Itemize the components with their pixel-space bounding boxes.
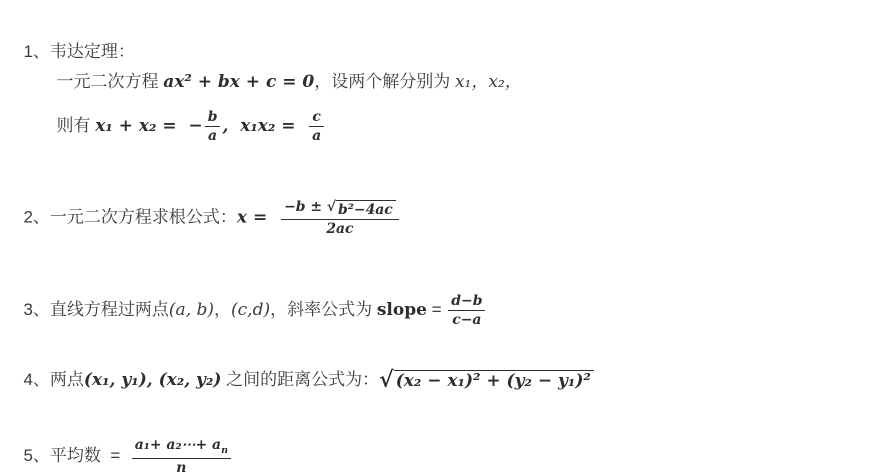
formula-2-number: 2、	[23, 208, 49, 227]
average-fraction: a₁+ a₂⋯+ ann	[132, 437, 231, 476]
radical-sign: √	[379, 370, 394, 391]
formula-5-line: 5、平均数 = a₁+ a₂⋯+ ann	[14, 416, 233, 476]
fraction-denominator: n	[176, 459, 186, 476]
formula-2-title: 一元二次方程求根公式：	[50, 208, 237, 227]
roots-symbols: x₁，x₂，	[455, 72, 522, 92]
average-equals: =	[110, 446, 129, 465]
fraction-numerator: c	[309, 109, 324, 127]
formula-5-title: 平均数	[50, 446, 110, 465]
formula-2-line: 2、一元二次方程求根公式：x = −b ± √b²−4ac2ac	[14, 178, 401, 237]
fraction-denominator: 2ac	[326, 220, 353, 237]
formula-3-number: 3、	[23, 300, 49, 319]
slope-fraction: d−bc−a	[448, 293, 485, 328]
subscript-n: n	[221, 445, 228, 456]
radical-sign: √	[327, 200, 336, 215]
formula-3-comma: ，	[214, 300, 231, 319]
slope-equals: =	[427, 300, 446, 319]
fraction-c-over-a: ca	[309, 109, 324, 144]
quadratic-root-fraction: −b ± √b²−4ac2ac	[281, 199, 399, 237]
sum-of-roots: x₁ + x₂ = −	[95, 116, 203, 136]
square-root: √b²−4ac	[327, 200, 396, 218]
formula-4-text-1: 两点	[50, 370, 84, 389]
fraction-b-over-a: ba	[205, 109, 221, 144]
numerator-terms: a₁+ a₂⋯+ a	[135, 437, 221, 453]
fraction-denominator: c−a	[452, 311, 481, 328]
numerator-prefix: −b ±	[284, 199, 327, 215]
fraction-numerator: −b ± √b²−4ac	[281, 199, 399, 220]
two-points: (x₁, y₁), (x₂, y₂)	[84, 370, 222, 390]
discriminant: b²−4ac	[336, 200, 396, 218]
point-ab: (a, b)	[169, 300, 214, 320]
fraction-numerator: a₁+ a₂⋯+ an	[132, 437, 231, 459]
product-of-roots: x₁x₂ =	[240, 116, 307, 136]
formula-1-number: 1、	[23, 42, 49, 61]
formula-1-equation-line: 一元二次方程 ax² + bx + c = 0，设两个解分别为 x₁，x₂，	[47, 50, 522, 94]
document-page: { "page": { "background": "#ffffff", "te…	[0, 0, 880, 476]
point-cd: (c,d)	[231, 300, 270, 320]
distance-radicand: (x₂ − x₁)² + (y₂ − y₁)²	[394, 370, 594, 392]
formula-4-number: 4、	[23, 370, 49, 389]
slope-word: slope	[377, 300, 427, 320]
formula-3-text-1: 直线方程过两点	[50, 300, 169, 319]
formula-5-number: 5、	[23, 446, 49, 465]
formula-1-eq-mid-text: ，设两个解分别为	[314, 72, 455, 91]
fraction-denominator: a	[312, 127, 321, 144]
fraction-numerator: b	[205, 109, 221, 127]
formula-3-line: 3、直线方程过两点(a, b)，(c,d)，斜率公式为 slope = d−bc…	[14, 272, 487, 328]
x-equals: x =	[237, 208, 279, 228]
comma-separator: ,	[222, 116, 240, 136]
formula-4-text-2: 之间的距离公式为：	[221, 370, 379, 389]
formula-1-result-pre-text: 则有	[56, 116, 95, 135]
formula-1-result-line: 则有 x₁ + x₂ = −ba, x₁x₂ = ca	[47, 88, 326, 144]
formula-4-line: 4、两点(x₁, y₁), (x₂, y₂) 之间的距离公式为：√(x₂ − x…	[14, 348, 594, 392]
fraction-denominator: a	[208, 127, 217, 144]
formula-3-text-2: ，斜率公式为	[270, 300, 377, 319]
distance-square-root: √(x₂ − x₁)² + (y₂ − y₁)²	[379, 370, 594, 392]
fraction-numerator: d−b	[448, 293, 485, 311]
